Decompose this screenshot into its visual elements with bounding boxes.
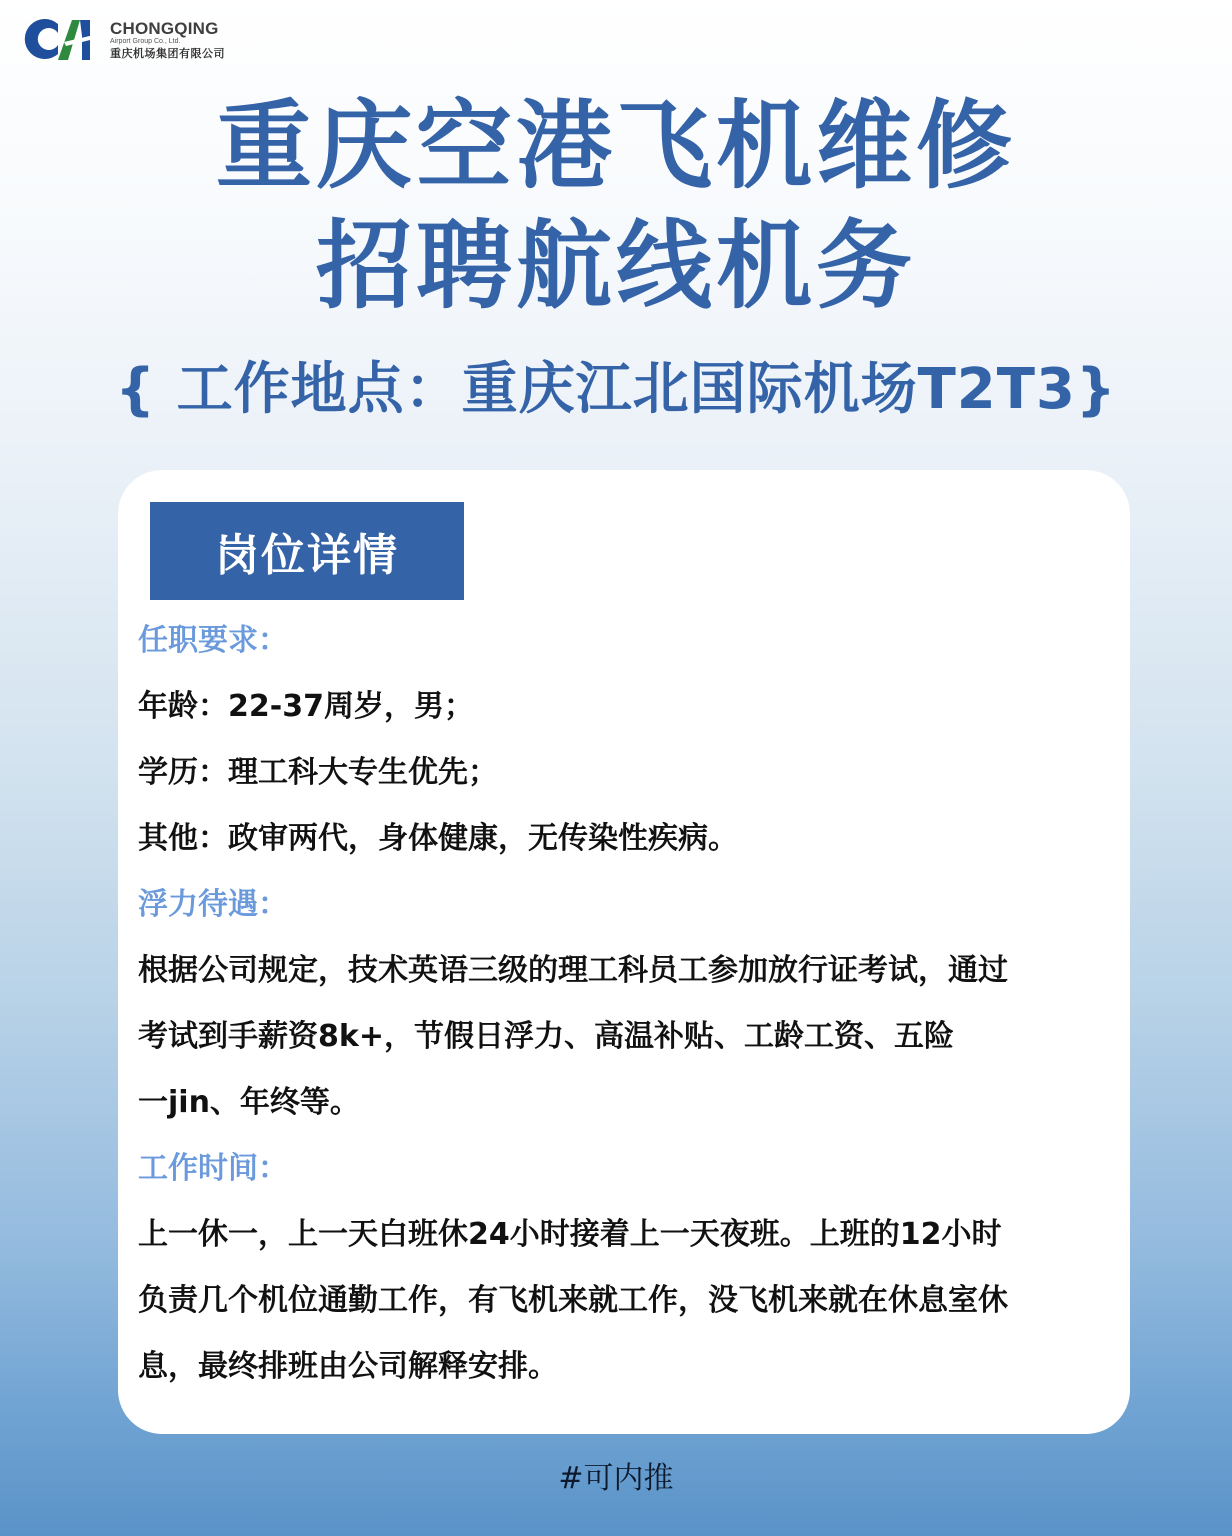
work-hours-heading: 工作时间： xyxy=(138,1154,288,1184)
requirement-age: 年龄：22-37周岁，男； xyxy=(138,692,474,722)
job-details-card: 岗位详情 任职要求： 年龄：22-37周岁，男； 学历：理工科大专生优先； 其他… xyxy=(118,470,1130,1434)
requirement-other: 其他：政审两代，身体健康，无传染性疾病。 xyxy=(138,824,738,854)
company-logo: CHONGQING Airport Group Co., Ltd. 重庆机场集团… xyxy=(24,16,225,62)
job-details-badge: 岗位详情 xyxy=(150,502,464,600)
logo-mark-icon xyxy=(24,16,100,62)
page-title-line-1: 重庆空港飞机维修 xyxy=(0,98,1232,194)
benefits-heading: 浮力待遇： xyxy=(138,890,288,920)
benefits-line-1: 根据公司规定，技术英语三级的理工科员工参加放行证考试，通过 xyxy=(138,956,1008,986)
logo-name-cn: 重庆机场集团有限公司 xyxy=(110,48,225,59)
logo-name-en: CHONGQING xyxy=(110,20,225,37)
benefits-line-2: 考试到手薪资8k+，节假日浮力、高温补贴、工龄工资、五险 xyxy=(138,1022,954,1052)
requirement-education: 学历：理工科大专生优先； xyxy=(138,758,498,788)
referral-hashtag: #可内推 xyxy=(0,1464,1232,1494)
work-hours-line-1: 上一休一，上一天白班休24小时接着上一天夜班。上班的12小时 xyxy=(138,1220,1002,1250)
requirements-heading: 任职要求： xyxy=(138,626,288,656)
page-title-line-2: 招聘航线机务 xyxy=(0,218,1232,314)
logo-sub-en: Airport Group Co., Ltd. xyxy=(110,38,225,45)
work-hours-line-2: 负责几个机位通勤工作，有飞机来就工作，没飞机来就在休息室休 xyxy=(138,1286,1008,1316)
work-hours-line-3: 息，最终排班由公司解释安排。 xyxy=(138,1352,558,1382)
work-location: { 工作地点：重庆江北国际机场T2T3} xyxy=(0,362,1232,418)
benefits-line-3: 一jin、年终等。 xyxy=(138,1088,360,1118)
